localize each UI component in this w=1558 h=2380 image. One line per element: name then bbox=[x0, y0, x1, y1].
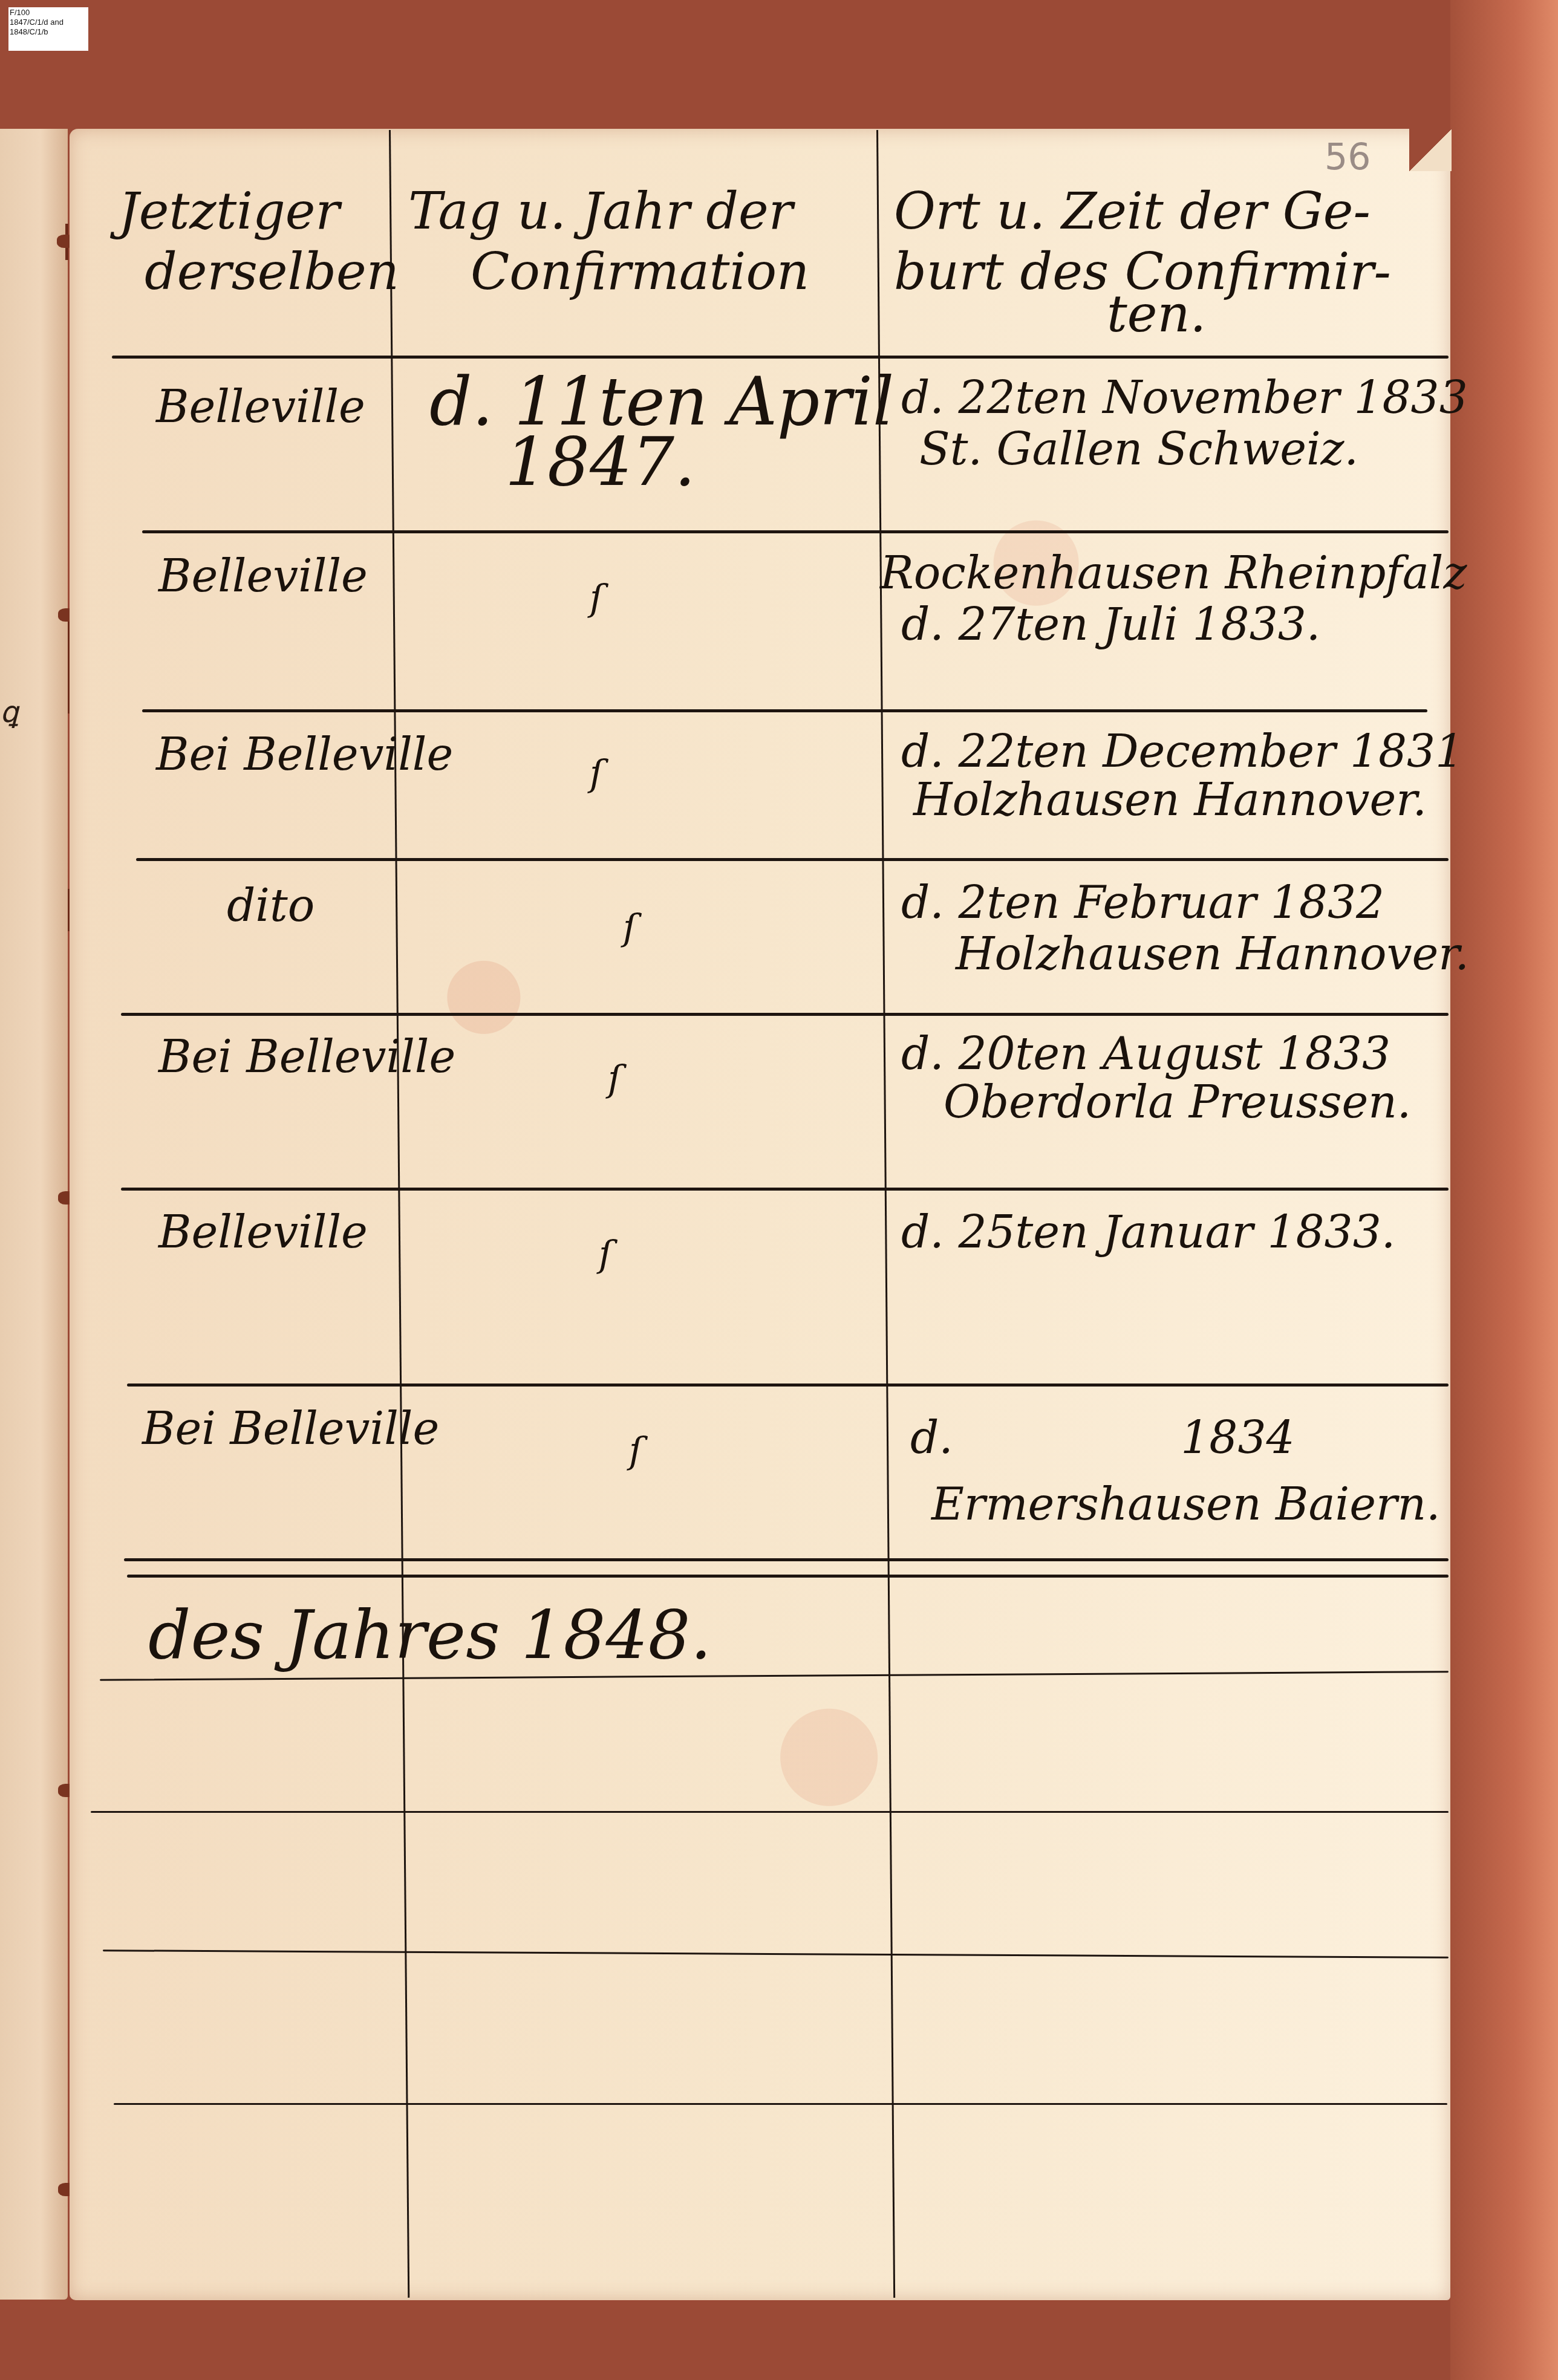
row-3-ditto-mark: ſ bbox=[590, 753, 603, 795]
row-4-birth-place: Holzhausen Hannover. bbox=[956, 928, 1469, 980]
archive-reference-label: F/100 1847/C/1/d and 1848/C/1/b bbox=[8, 7, 88, 51]
previous-page-edge bbox=[0, 129, 68, 2300]
row-rule bbox=[142, 530, 1449, 533]
section-rule-double bbox=[127, 1575, 1449, 1578]
row-2-birth-date: d. 27ten Juli 1833. bbox=[901, 599, 1320, 651]
row-3-residence: Bei Belleville bbox=[156, 729, 453, 781]
header-birth-line-1: Ort u. Zeit der Ge- bbox=[894, 181, 1371, 241]
header-residence-line-1: Jetztiger bbox=[119, 181, 340, 241]
row-rule bbox=[136, 858, 1449, 861]
row-4-ditto-mark: ſ bbox=[623, 907, 636, 949]
archive-ref-line-1: F/100 bbox=[10, 8, 87, 18]
header-rule bbox=[112, 356, 1449, 359]
row-3-birth-date: d. 22ten December 1831 bbox=[901, 726, 1464, 778]
row-5-ditto-mark: ſ bbox=[608, 1058, 621, 1101]
row-2-birth-place: Rockenhausen Rheinpfalz bbox=[880, 547, 1467, 599]
archive-ref-line-3: 1848/C/1/b bbox=[10, 27, 87, 37]
row-rule bbox=[142, 709, 1427, 712]
row-rule bbox=[127, 1383, 1449, 1387]
header-residence-line-2: derselben bbox=[145, 242, 399, 301]
previous-page-text-fragment: ꝗ bbox=[0, 695, 18, 729]
row-1-birth-place: St. Gallen Schweiz. bbox=[919, 423, 1358, 475]
row-5-birth-date: d. 20ten August 1833 bbox=[901, 1028, 1390, 1080]
row-7-residence: Bei Belleville bbox=[142, 1403, 439, 1455]
header-birth-line-3: ten. bbox=[1107, 284, 1206, 343]
row-7-birth-place: Ermershausen Baiern. bbox=[931, 1478, 1441, 1530]
row-3-birth-place: Holzhausen Hannover. bbox=[913, 774, 1427, 826]
row-2-residence: Belleville bbox=[158, 550, 368, 602]
row-7-ditto-mark: ſ bbox=[629, 1430, 642, 1472]
row-7-birth-date: d. 1834 bbox=[910, 1412, 1295, 1464]
row-rule bbox=[114, 2103, 1447, 2105]
row-2-ditto-mark: ſ bbox=[590, 577, 603, 620]
archive-ref-line-2: 1847/C/1/d and bbox=[10, 18, 87, 27]
row-1-residence: Belleville bbox=[156, 381, 365, 433]
row-1-birth-date: d. 22ten November 1833 bbox=[901, 372, 1468, 424]
row-6-birth-date: d. 25ten Januar 1833. bbox=[901, 1206, 1395, 1258]
year-section-heading: des Jahres 1848. bbox=[148, 1596, 711, 1674]
header-confirmation-line-1: Tag u. Jahr der bbox=[408, 181, 793, 241]
row-6-residence: Belleville bbox=[158, 1206, 368, 1258]
row-6-ditto-mark: ſ bbox=[599, 1234, 612, 1276]
row-5-birth-place: Oberdorla Preussen. bbox=[944, 1076, 1411, 1128]
row-1-confirmation-year: 1847. bbox=[505, 423, 696, 501]
header-confirmation-line-2: Confirmation bbox=[471, 242, 809, 301]
section-rule-double bbox=[124, 1558, 1449, 1561]
row-rule bbox=[121, 1188, 1449, 1191]
page-number: 56 bbox=[1325, 136, 1371, 178]
row-rule bbox=[121, 1013, 1449, 1016]
row-5-residence: Bei Belleville bbox=[158, 1031, 455, 1083]
row-4-residence: dito bbox=[227, 880, 315, 932]
row-4-birth-date: d. 2ten Februar 1832 bbox=[901, 877, 1384, 929]
folded-corner bbox=[1409, 129, 1452, 171]
background-border-right bbox=[1450, 0, 1558, 2380]
row-rule bbox=[91, 1811, 1449, 1813]
